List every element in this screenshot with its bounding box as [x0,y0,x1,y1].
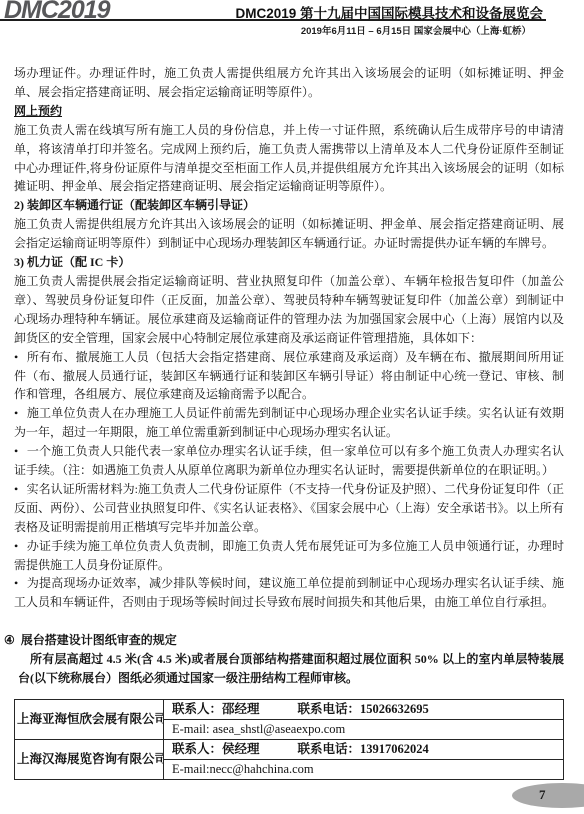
email-cell: E-mail: asea_shstl@aseaexpo.com [164,719,564,739]
contact-phone: 联系电话：15026632695 [298,702,429,716]
section-4-title: 展台搭建设计图纸审查的规定 [21,633,177,647]
contact-person: 联系人：侯经理 [172,742,260,756]
contact-phone: 联系电话：13917062024 [298,742,429,756]
contact-phone-cell: 联系人：邵经理联系电话：15026632695 [164,700,564,720]
table-row: 上海亚海恒欣会展有限公司 联系人：邵经理联系电话：15026632695 [15,700,564,720]
document-body: 场办理证件。办理证件时，施工负责人需提供组展方允许其出入该场展会的证明（如标摊证… [14,64,564,780]
bullet-item: • 实名认证所需材料为:施工负责人二代身份证原件（不支持一代身份证及护照）、二代… [14,480,564,537]
subsection-heading: 2) 装卸区车辆通行证（配装卸区车辆引导证） [14,196,564,215]
header-divider [0,19,546,21]
dmc-logo: DMC2019 [4,0,110,25]
bullet-item: • 施工单位负责人在办理施工人员证件前需先到制证中心现场办理企业实名认证手续。实… [14,404,564,442]
section-4-heading: ④展台搭建设计图纸审查的规定 [4,631,564,650]
contact-table: 上海亚海恒欣会展有限公司 联系人：邵经理联系电话：15026632695 E-m… [14,699,564,780]
contact-phone-cell: 联系人：侯经理联系电话：13917062024 [164,739,564,759]
bullet-item: • 所有布、撤展施工人员（包括大会指定搭建商、展位承建商及承运商）及车辆在布、撤… [14,348,564,405]
bullet-item: • 办证手续为施工单位负责人负责制，即施工负责人凭布展凭证可为多位施工人员申领通… [14,537,564,575]
contact-person: 联系人：邵经理 [172,702,260,716]
company-name-cell: 上海亚海恒欣会展有限公司 [15,700,164,740]
section-4-body: 所有层高超过 4.5 米(含 4.5 米)或者展台顶部结构搭建面积超过展位面积 … [18,650,564,688]
bullet-item: • 一个施工负责人只能代表一家单位办理实名认证手续，但一家单位可以有多个施工负责… [14,442,564,480]
document-blocks: 场办理证件。办理证件时，施工负责人需提供组展方允许其出入该场展会的证明（如标摊证… [14,64,564,612]
company-name-cell: 上海汉海展览咨询有限公司 [15,739,164,779]
page-number: 7 [539,787,546,803]
document-page: DMC2019 DMC2019 第十九届中国国际模具技术和设备展览会 2019年… [0,0,584,814]
section-4: ④展台搭建设计图纸审查的规定 所有层高超过 4.5 米(含 4.5 米)或者展台… [14,631,564,688]
bullet-item: • 为提高现场办证效率，减少排队等候时间，建议施工单位提前到制证中心现场办理实名… [14,574,564,612]
subsection-heading: 3) 机力证（配 IC 卡） [14,253,564,272]
page-number-oval: 7 [512,783,584,808]
paragraph: 施工负责人需在线填写所有施工人员的身份信息，并上传一寸证件照，系统确认后生成带序… [14,121,564,197]
paragraph: 施工负责人需提供组展方允许其出入该场展会的证明（如标摊证明、押金单、展会指定搭建… [14,215,564,253]
table-row: 上海汉海展览咨询有限公司 联系人：侯经理联系电话：13917062024 [15,739,564,759]
paragraph: 场办理证件。办理证件时，施工负责人需提供组展方允许其出入该场展会的证明（如标摊证… [14,64,564,102]
email-cell: E-mail:necc@hahchina.com [164,759,564,779]
section-4-marker: ④ [4,631,15,650]
paragraph: 施工负责人需提供展会指定运输商证明、营业执照复印件（加盖公章）、车辆年检报告复印… [14,272,564,348]
exhibition-date-venue: 2019年6月11日 – 6月15日 国家会展中心（上海·虹桥） [301,23,531,37]
section-heading: 网上预约 [14,102,564,121]
